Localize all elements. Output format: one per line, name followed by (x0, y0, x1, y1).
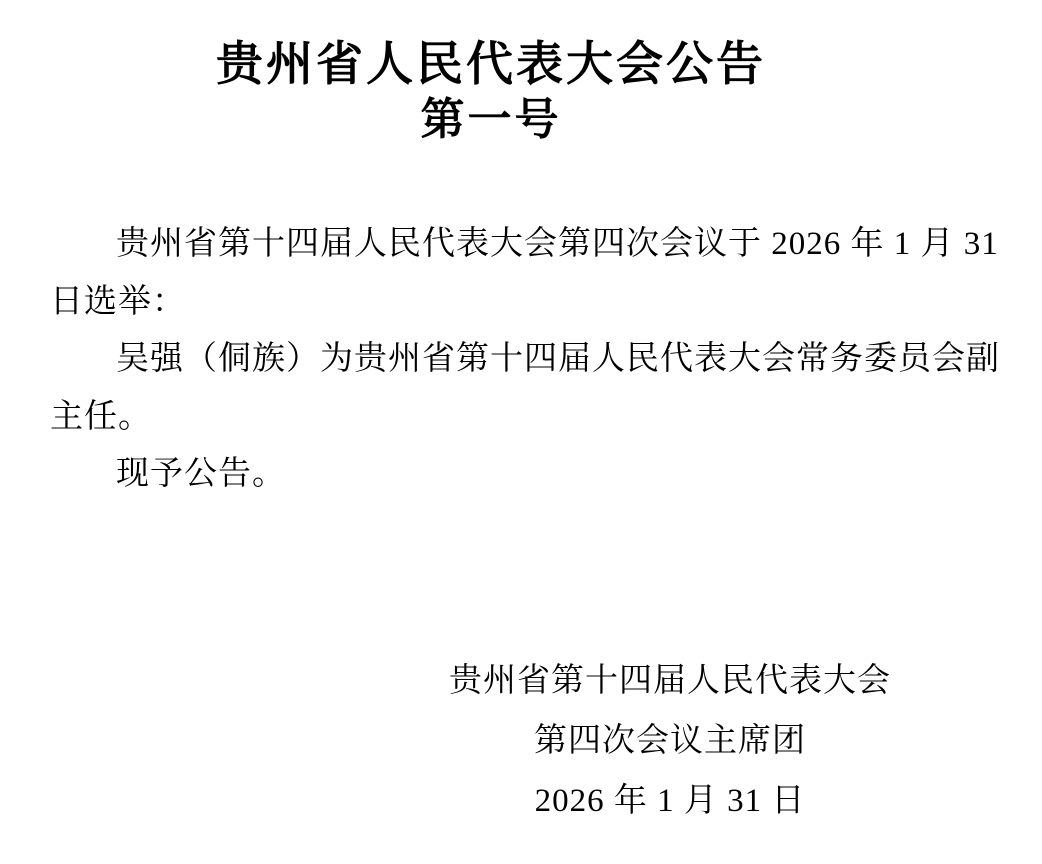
paragraph-2-line-2: 主任。 (50, 389, 932, 447)
paragraph-3-line-1: 现予公告。 (50, 446, 932, 504)
paragraph-1-line-1: 贵州省第十四届人民代表大会第四次会议于 2026 年 1 月 31 (50, 216, 932, 274)
paragraph-1-line-2: 日选举： (50, 274, 932, 332)
signature-block: 贵州省第十四届人民代表大会 第四次会议主席团 2026 年 1 月 31 日 (410, 651, 930, 831)
document-title: 贵州省人民代表大会公告 (50, 36, 932, 94)
signature-organization: 贵州省第十四届人民代表大会 (410, 651, 930, 711)
document-number: 第一号 (50, 94, 932, 146)
signature-presidium: 第四次会议主席团 (410, 711, 930, 771)
body-text: 贵州省第十四届人民代表大会第四次会议于 2026 年 1 月 31 日选举： 吴… (50, 216, 932, 504)
announcement-page: 贵州省人民代表大会公告 第一号 贵州省第十四届人民代表大会第四次会议于 2026… (0, 0, 1042, 864)
paragraph-2-line-1: 吴强（侗族）为贵州省第十四届人民代表大会常务委员会副 (50, 331, 932, 389)
signature-date: 2026 年 1 月 31 日 (410, 771, 930, 831)
title-block: 贵州省人民代表大会公告 第一号 (50, 36, 932, 146)
